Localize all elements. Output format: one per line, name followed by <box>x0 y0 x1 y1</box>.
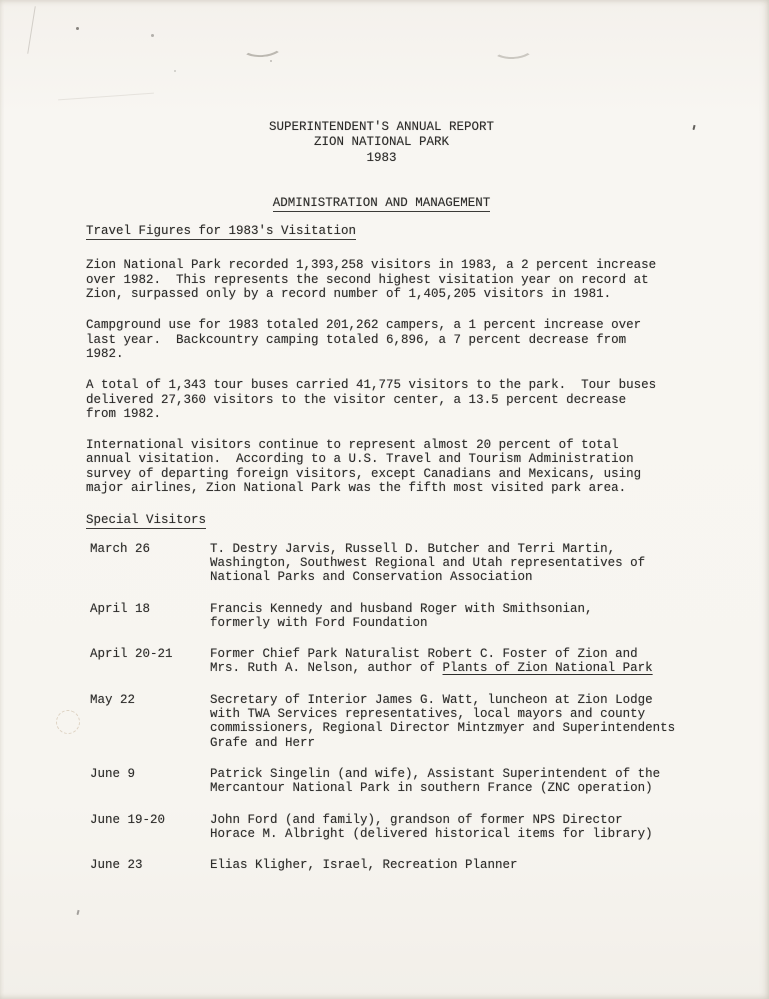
paragraph-visitation: Zion National Park recorded 1,393,258 vi… <box>86 258 769 301</box>
visitor-description: John Ford (and family), grandson of form… <box>210 813 653 842</box>
travel-figures-heading-container: Travel Figures for 1983's Visitation <box>86 224 769 238</box>
document-content: SUPERINTENDENT'S ANNUAL REPORT ZION NATI… <box>0 0 769 872</box>
visitor-entry: March 26 T. Destry Jarvis, Russell D. Bu… <box>86 542 769 585</box>
visitor-description-text: John Ford (and family), grandson of form… <box>210 813 653 841</box>
travel-figures-heading: Travel Figures for 1983's Visitation <box>86 224 356 240</box>
visitor-description: Francis Kennedy and husband Roger with S… <box>210 602 593 631</box>
visitor-description-text: T. Destry Jarvis, Russell D. Butcher and… <box>210 542 645 585</box>
visitor-description: Patrick Singelin (and wife), Assistant S… <box>210 767 660 796</box>
special-visitors-heading-container: Special Visitors <box>86 513 769 527</box>
visitor-description: Former Chief Park Naturalist Robert C. F… <box>210 647 653 676</box>
special-visitors-heading: Special Visitors <box>86 513 206 529</box>
visitor-description-text: Patrick Singelin (and wife), Assistant S… <box>210 767 660 795</box>
visitor-entry: June 19-20 John Ford (and family), grand… <box>86 813 769 842</box>
visitor-date: April 20-21 <box>86 647 210 676</box>
visitor-date: April 18 <box>86 602 210 631</box>
visitor-date: June 9 <box>86 767 210 796</box>
visitor-description-text: Secretary of Interior James G. Watt, lun… <box>210 693 675 750</box>
visitor-date: March 26 <box>86 542 210 585</box>
paragraph-campground: Campground use for 1983 totaled 201,262 … <box>86 318 769 361</box>
section-heading-container: ADMINISTRATION AND MANAGEMENT <box>83 196 680 210</box>
book-title: Plants of Zion National Park <box>443 661 653 675</box>
section-heading: ADMINISTRATION AND MANAGEMENT <box>273 196 491 212</box>
visitor-entry: April 20-21 Former Chief Park Naturalist… <box>86 647 769 676</box>
visitor-date: May 22 <box>86 693 210 750</box>
visitor-entry: June 9 Patrick Singelin (and wife), Assi… <box>86 767 769 796</box>
visitor-description: T. Destry Jarvis, Russell D. Butcher and… <box>210 542 645 585</box>
report-title-line: SUPERINTENDENT'S ANNUAL REPORT <box>83 120 680 135</box>
visitor-date: June 23 <box>86 858 210 872</box>
visitor-entry: April 18 Francis Kennedy and husband Rog… <box>86 602 769 631</box>
paragraph-international: International visitors continue to repre… <box>86 438 769 495</box>
visitor-description: Secretary of Interior James G. Watt, lun… <box>210 693 675 750</box>
visitor-entry: May 22 Secretary of Interior James G. Wa… <box>86 693 769 750</box>
paragraph-tour-buses: A total of 1,343 tour buses carried 41,7… <box>86 378 769 421</box>
park-name-line: ZION NATIONAL PARK <box>83 135 680 150</box>
scanned-document-page: SUPERINTENDENT'S ANNUAL REPORT ZION NATI… <box>0 0 769 999</box>
visitor-description-text: Elias Kligher, Israel, Recreation Planne… <box>210 858 518 872</box>
document-title-block: SUPERINTENDENT'S ANNUAL REPORT ZION NATI… <box>83 120 680 166</box>
ink-speck <box>76 910 79 915</box>
visitor-description: Elias Kligher, Israel, Recreation Planne… <box>210 858 518 872</box>
visitor-description-text: Francis Kennedy and husband Roger with S… <box>210 602 593 630</box>
visitor-entry: June 23 Elias Kligher, Israel, Recreatio… <box>86 858 769 872</box>
visitor-date: June 19-20 <box>86 813 210 842</box>
report-year-line: 1983 <box>83 151 680 166</box>
